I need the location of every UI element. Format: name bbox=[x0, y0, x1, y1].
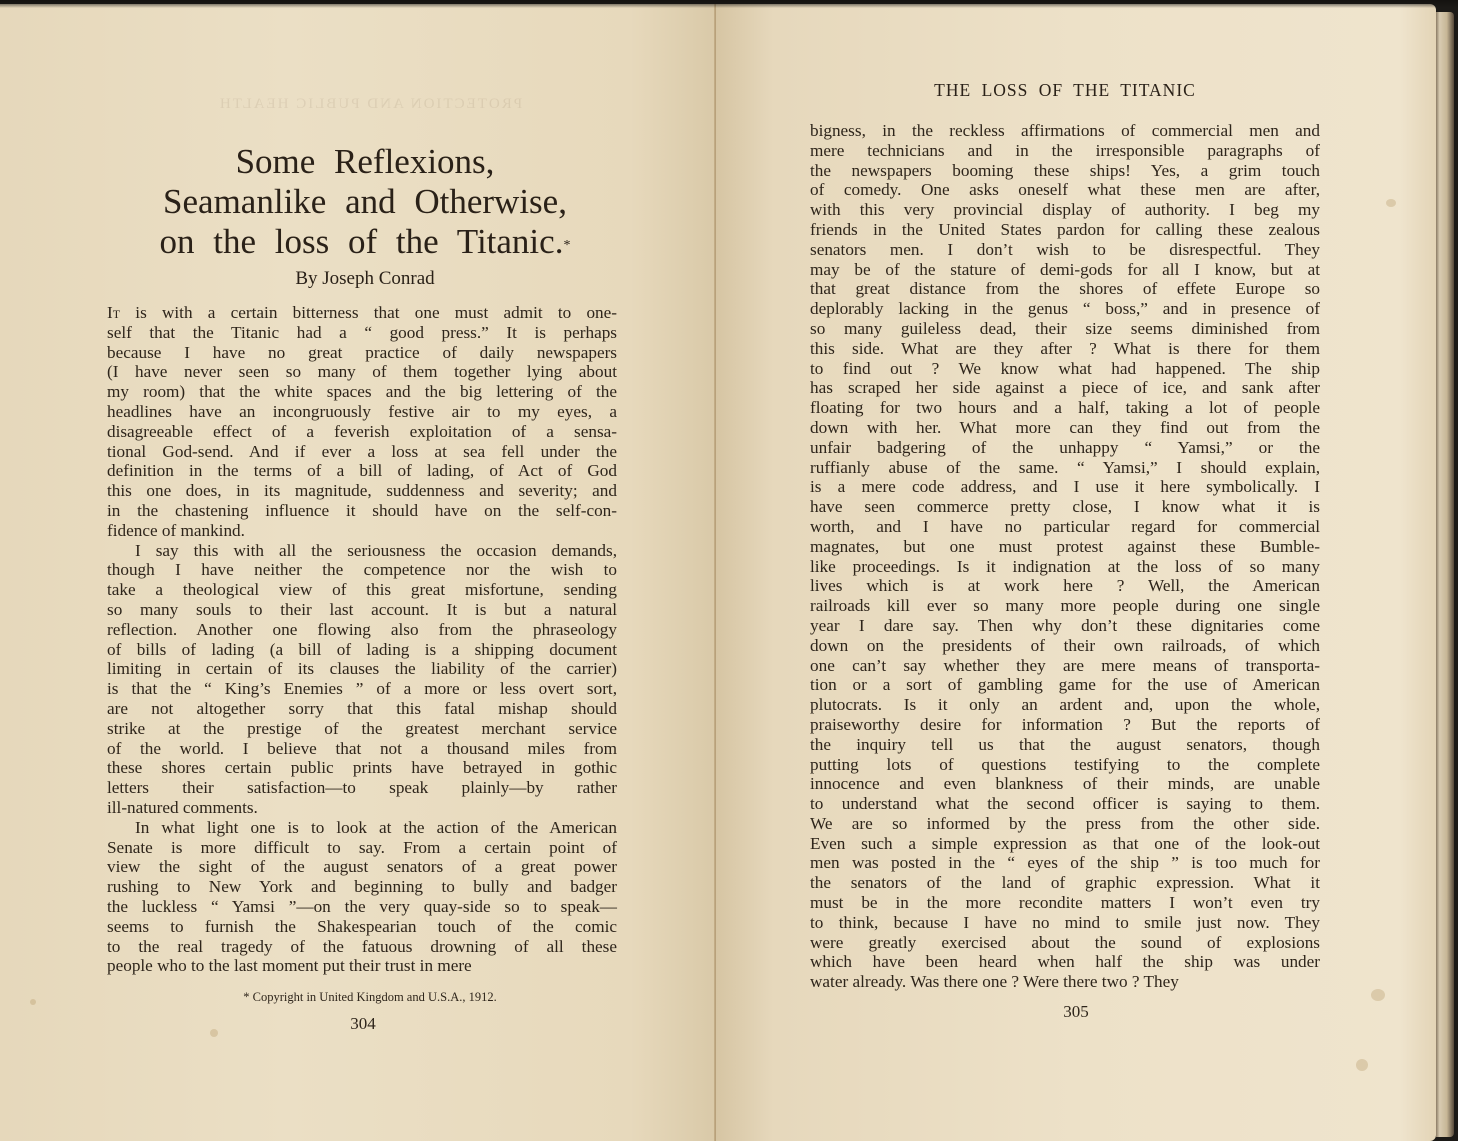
top-shadow bbox=[0, 0, 1458, 8]
text-line: letters their satisfaction—to speak plai… bbox=[107, 778, 617, 798]
text-line: definition in the terms of a bill of lad… bbox=[107, 461, 617, 481]
text-line: the newspapers booming these ships! Yes,… bbox=[810, 161, 1320, 181]
text-line: water already. Was there one ? Were ther… bbox=[810, 972, 1320, 992]
text-line: so many souls to their last account. It … bbox=[107, 600, 617, 620]
text-line: deplorably lacking in the genus “ boss,”… bbox=[810, 299, 1320, 319]
text-line: this side. What are they after ? What is… bbox=[810, 339, 1320, 359]
text-line: seems to furnish the Shakespearian touch… bbox=[107, 917, 617, 937]
text-line: may be of the stature of demi-gods for a… bbox=[810, 260, 1320, 280]
text-line: that great distance from the shores of e… bbox=[810, 279, 1320, 299]
text-line: must be in the more recondite matters I … bbox=[810, 893, 1320, 913]
text-line: praiseworthy desire for information ? Bu… bbox=[810, 715, 1320, 735]
text-line: this one does, in its magnitude, suddenn… bbox=[107, 481, 617, 501]
text-line: floating for two hours and a half, takin… bbox=[810, 398, 1320, 418]
text-line: railroads kill ever so many more people … bbox=[810, 596, 1320, 616]
text-line: is that the “ King’s Enemies ” of a more… bbox=[107, 679, 617, 699]
text-line: so many guileless dead, their size seems… bbox=[810, 319, 1320, 339]
text-line: We are so informed by the press from the… bbox=[810, 814, 1320, 834]
text-line: tional God-send. And if ever a loss at s… bbox=[107, 442, 617, 462]
paper-stain bbox=[1356, 1059, 1368, 1071]
title-line-3-text: on the loss of the Titanic. bbox=[160, 222, 564, 261]
text-line: take a theological view of this great mi… bbox=[107, 580, 617, 600]
text-line: though I have neither the competence nor… bbox=[107, 560, 617, 580]
text-line: down with her. What more can they find o… bbox=[810, 418, 1320, 438]
text-line: putting lots of questions testifying to … bbox=[810, 755, 1320, 775]
text-line: these shores certain public prints have … bbox=[107, 758, 617, 778]
byline: By Joseph Conrad bbox=[100, 268, 630, 290]
text-line: year I dare say. Then why don’t these di… bbox=[810, 616, 1320, 636]
text-line: tion or a sort of gambling game for the … bbox=[810, 675, 1320, 695]
text-line: is a mere code address, and I use it her… bbox=[810, 477, 1320, 497]
text-line: It is with a certain bitterness that one… bbox=[107, 303, 617, 323]
text-line: which have been heard when half the ship… bbox=[810, 952, 1320, 972]
title-line-2: Seamanlike and Otherwise, bbox=[100, 182, 630, 222]
text-line: ill-natured comments. bbox=[107, 798, 617, 818]
text-line: in the chastening influence it should ha… bbox=[107, 501, 617, 521]
drop-smallcaps-opening: It bbox=[107, 303, 120, 322]
paper-stain bbox=[30, 999, 36, 1005]
text-line: people who to the last moment put their … bbox=[107, 956, 617, 976]
text-line: down on the presidents of their own rail… bbox=[810, 636, 1320, 656]
text-line: one can’t say whether they are mere mean… bbox=[810, 656, 1320, 676]
page-number-left: 304 bbox=[323, 1014, 403, 1034]
left-page: PROTECTION AND PUBLIC HEALTH Some Reflex… bbox=[0, 4, 716, 1141]
text-line: were greatly exercised about the sound o… bbox=[810, 933, 1320, 953]
text-line: to the real tragedy of the fatuous drown… bbox=[107, 937, 617, 957]
text-line: the inquiry tell us that the august sena… bbox=[810, 735, 1320, 755]
text-line: disagreeable effect of a feverish exploi… bbox=[107, 422, 617, 442]
text-line: limiting in certain of its clauses the l… bbox=[107, 659, 617, 679]
text-line: rushing to New York and beginning to bul… bbox=[107, 877, 617, 897]
text-line: fidence of mankind. bbox=[107, 521, 617, 541]
text-line: friends in the United States pardon for … bbox=[810, 220, 1320, 240]
text-line: unfair badgering of the unhappy “ Yamsi,… bbox=[810, 438, 1320, 458]
text-line: In what light one is to look at the acti… bbox=[107, 818, 617, 838]
book-spread: PROTECTION AND PUBLIC HEALTH Some Reflex… bbox=[0, 4, 1458, 1141]
text-line: senators men. I don’t wish to be disresp… bbox=[810, 240, 1320, 260]
text-line: innocence and even blankness of their mi… bbox=[810, 774, 1320, 794]
paper-stain bbox=[1386, 199, 1396, 207]
text-line: (I have never seen so many of them toget… bbox=[107, 362, 617, 382]
text-line: magnates, but one must protest against t… bbox=[810, 537, 1320, 557]
article-title-block: Some Reflexions, Seamanlike and Otherwis… bbox=[100, 142, 630, 290]
text-line: bigness, in the reckless affirmations of… bbox=[810, 121, 1320, 141]
text-line: view the sight of the august senators of… bbox=[107, 857, 617, 877]
text-line: Even such a simple expression as that on… bbox=[810, 834, 1320, 854]
text-line: plutocrats. Is it only an ardent and, up… bbox=[810, 695, 1320, 715]
text-line: like proceedings. Is it indignation at t… bbox=[810, 557, 1320, 577]
footnote-marker: * bbox=[563, 238, 570, 253]
text-line: the senators of the land of graphic expr… bbox=[810, 873, 1320, 893]
text-line: has scraped her side against a piece of … bbox=[810, 378, 1320, 398]
text-line: headlines have an incongruously festive … bbox=[107, 402, 617, 422]
text-line: because I have no great practice of dail… bbox=[107, 343, 617, 363]
text-line: men was posted in the “ eyes of the ship… bbox=[810, 853, 1320, 873]
text-line: lives which is at work here ? Well, the … bbox=[810, 576, 1320, 596]
text-line: ruffianly abuse of the same. “ Yamsi,” I… bbox=[810, 458, 1320, 478]
text-line: mere technicians and in the irresponsibl… bbox=[810, 141, 1320, 161]
text-line: of the world. I believe that not a thous… bbox=[107, 739, 617, 759]
text-line: to find out ? We know what had happened.… bbox=[810, 359, 1320, 379]
bleed-through-heading: PROTECTION AND PUBLIC HEALTH bbox=[160, 96, 580, 113]
book-page-edges bbox=[1436, 12, 1454, 1137]
right-body-text: bigness, in the reckless affirmations of… bbox=[810, 121, 1320, 992]
text-line: my room) that the white spaces and the b… bbox=[107, 382, 617, 402]
text-line: with this very provincial display of aut… bbox=[810, 200, 1320, 220]
text-line: are not altogether sorry that this fatal… bbox=[107, 699, 617, 719]
text-line: to understand what the second officer is… bbox=[810, 794, 1320, 814]
text-line: Senate is more difficult to say. From a … bbox=[107, 838, 617, 858]
text-line: to think, because I have no mind to smil… bbox=[810, 913, 1320, 933]
title-line-3: on the loss of the Titanic.* bbox=[100, 222, 630, 262]
text-line: worth, and I have no particular regard f… bbox=[810, 517, 1320, 537]
paper-stain bbox=[1371, 989, 1385, 1001]
paper-stain bbox=[210, 1029, 218, 1037]
text-line: self that the Titanic had a “ good press… bbox=[107, 323, 617, 343]
text-line: reflection. Another one flowing also fro… bbox=[107, 620, 617, 640]
text-line: the luckless “ Yamsi ”—on the very quay-… bbox=[107, 897, 617, 917]
text-line: have seen commerce pretty close, I know … bbox=[810, 497, 1320, 517]
text-line: of bills of lading (a bill of lading is … bbox=[107, 640, 617, 660]
text-line: strike at the prestige of the greatest m… bbox=[107, 719, 617, 739]
text-line: I say this with all the seriousness the … bbox=[107, 541, 617, 561]
title-line-1: Some Reflexions, bbox=[100, 142, 630, 182]
copyright-footnote: * Copyright in United Kingdom and U.S.A.… bbox=[180, 990, 560, 1005]
running-head: THE LOSS OF THE TITANIC bbox=[860, 80, 1270, 101]
page-number-right: 305 bbox=[1036, 1002, 1116, 1022]
text-line: of comedy. One asks oneself what these m… bbox=[810, 180, 1320, 200]
left-body-text: It is with a certain bitterness that one… bbox=[107, 303, 617, 976]
text-line-content: is with a certain bitterness that one mu… bbox=[120, 303, 617, 322]
